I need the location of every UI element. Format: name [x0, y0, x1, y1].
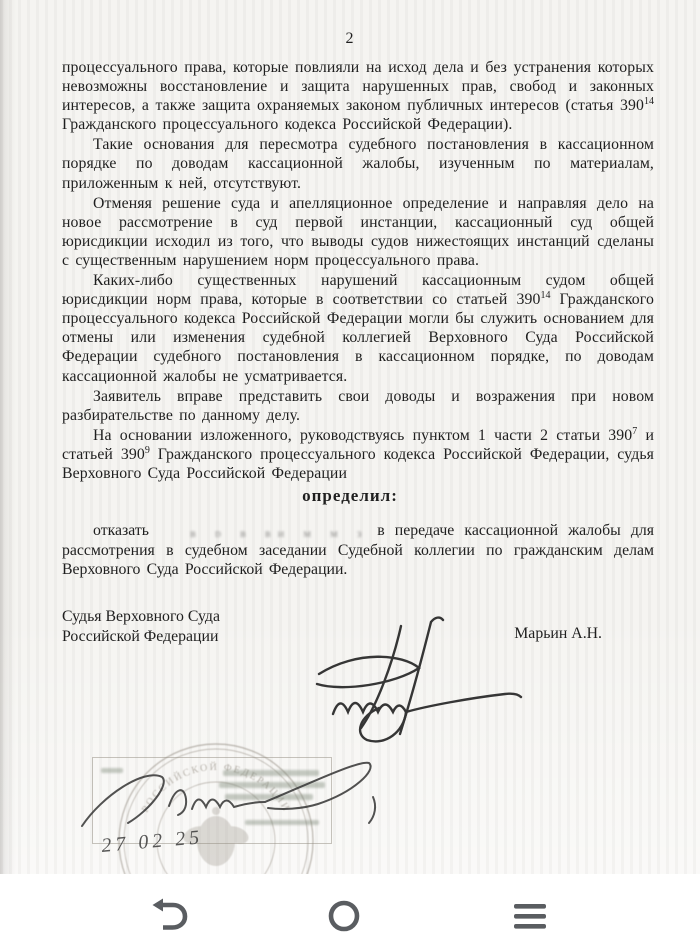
ruling-paragraph: отказать в р в ви м м з е а в передаче к… [62, 521, 654, 580]
paragraph: процессуального права, которые повлияли … [62, 58, 654, 134]
scanned-document-page: 2 процессуального права, которые повлиял… [0, 0, 700, 874]
superscript: 14 [644, 96, 654, 107]
document-body: процессуального права, которые повлияли … [62, 58, 654, 484]
judge-signature [305, 612, 545, 747]
superscript: 7 [632, 426, 637, 437]
paragraph: На основании изложенного, руководствуясь… [62, 426, 654, 483]
superscript: 14 [540, 290, 550, 301]
superscript: 9 [145, 445, 150, 456]
navigation-bar [0, 874, 700, 951]
redacted-name-smudge: в р в ви м м з е а [159, 524, 367, 537]
back-button[interactable] [142, 888, 198, 944]
clerk-signature: 27 02 25 [72, 748, 408, 860]
paragraph: Отменяя решение суда и апелляционное опр… [62, 194, 654, 270]
paragraph: Заявитель вправе представить свои доводы… [62, 387, 654, 425]
menu-hamburger-icon [510, 896, 550, 936]
home-button[interactable] [316, 888, 372, 944]
back-arrow-icon [150, 896, 190, 936]
app-screen: 2 процессуального права, которые повлиял… [0, 0, 700, 951]
menu-button[interactable] [502, 888, 558, 944]
paragraph: Каких-либо существенных нарушений кассац… [62, 271, 654, 386]
page-number: 2 [0, 30, 700, 48]
handwritten-date: 27 02 25 [101, 826, 205, 857]
paragraph: Такие основания для пересмотра судебного… [62, 135, 654, 192]
home-circle-icon [324, 896, 364, 936]
ruling-heading: определил: [0, 486, 700, 506]
